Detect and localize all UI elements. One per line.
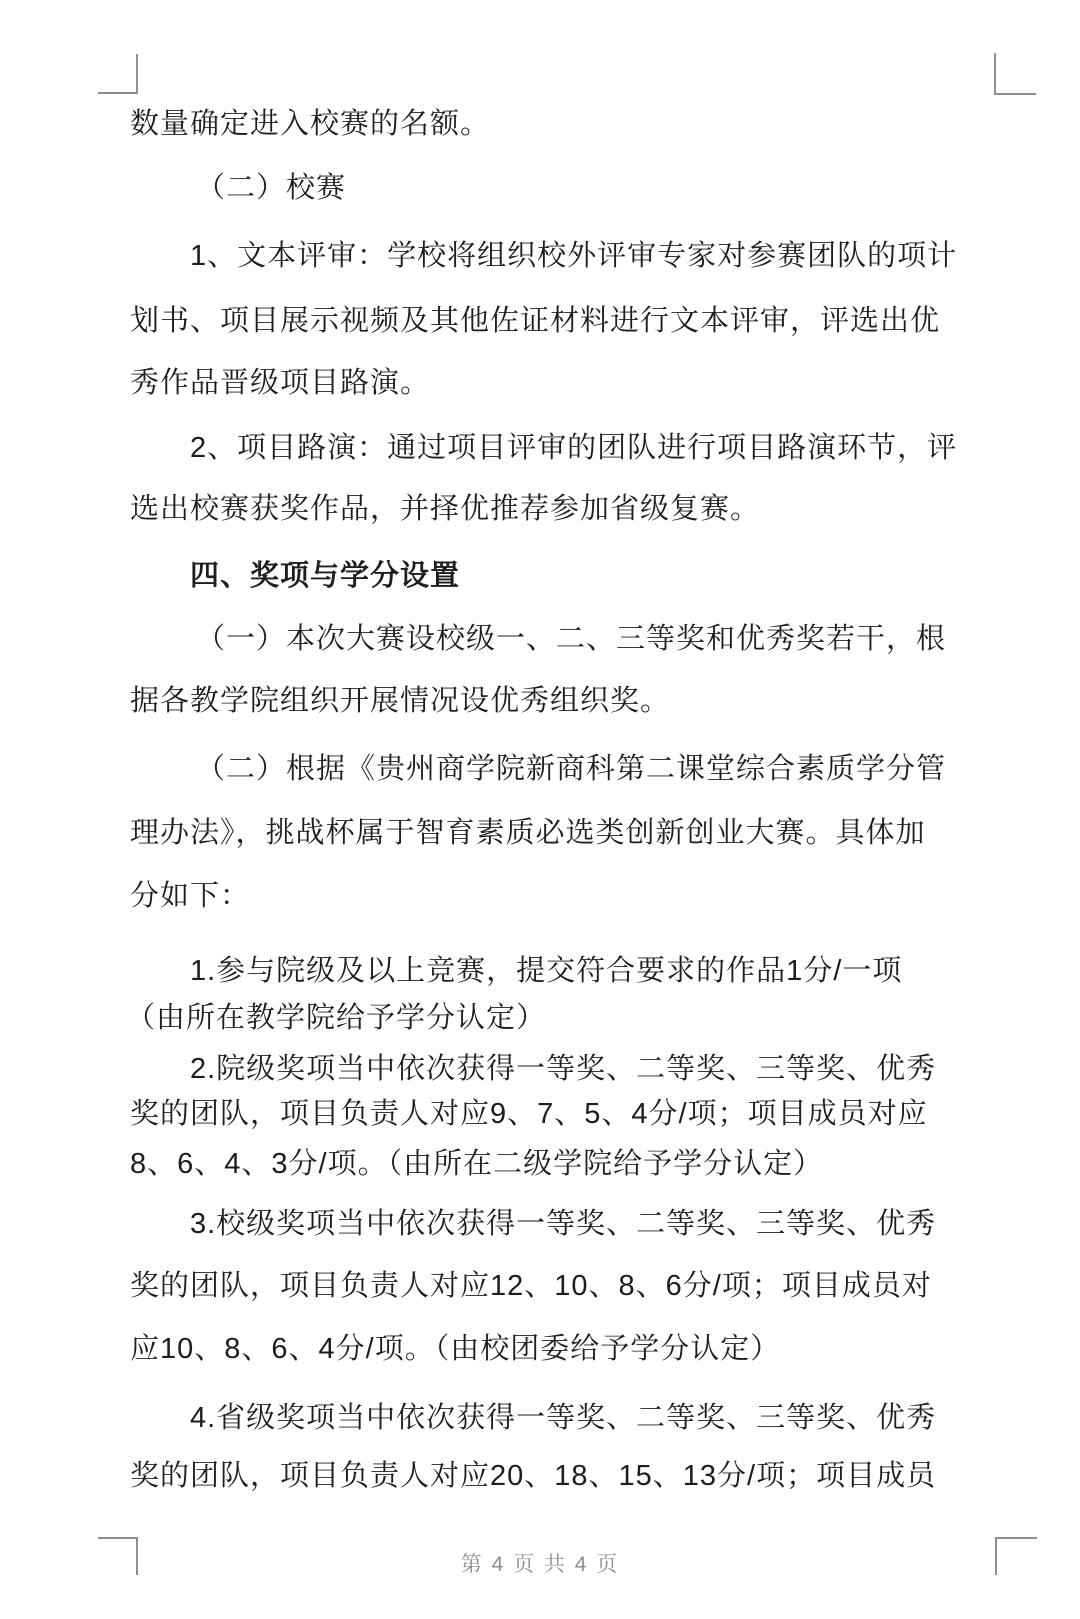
doc-line: 奖的团队，项目负责人对应20、18、15、13分/项；项目成员 (130, 1458, 936, 1494)
doc-line: 分如下： (130, 878, 250, 914)
doc-line: 理办法》，挑战杯属于智育素质必选类创新创业大赛。具体加 (130, 815, 926, 851)
doc-line: （一）本次大赛设校级一、二、三等奖和优秀奖若干，根 (196, 621, 946, 657)
doc-line: （二）根据《贵州商学院新商科第二课堂综合素质学分管 (196, 751, 946, 787)
doc-line: 据各教学院组织开展情况设优秀组织奖。 (130, 683, 670, 719)
text-boundary-mark-top-left (98, 54, 138, 94)
doc-line: 应10、8、6、4分/项。（由校团委给予学分认定） (130, 1331, 780, 1367)
doc-line: （由所在教学院给予学分认定） (126, 1000, 546, 1036)
doc-line: 2、项目路演：通过项目评审的团队进行项目路演环节，评 (190, 430, 957, 466)
doc-line: 奖的团队，项目负责人对应9、7、5、4分/项；项目成员对应 (130, 1096, 928, 1132)
doc-line: （二）校赛 (196, 170, 346, 206)
document-page: 数量确定进入校赛的名额。 （二）校赛 1、文本评审：学校将组织校外评审专家对参赛… (0, 0, 1080, 1619)
page-number-indicator: 第 4 页 共 4 页 (0, 1548, 1080, 1578)
section-heading-awards: 四、奖项与学分设置 (190, 558, 460, 594)
text-boundary-mark-top-right (994, 53, 1036, 95)
doc-line: 奖的团队，项目负责人对应12、10、8、6分/项；项目成员对 (130, 1268, 932, 1304)
doc-line: 4.省级奖项当中依次获得一等奖、二等奖、三等奖、优秀 (190, 1400, 936, 1436)
doc-line: 划书、项目展示视频及其他佐证材料进行文本评审，评选出优 (130, 303, 940, 339)
doc-line: 1.参与院级及以上竞赛，提交符合要求的作品1分/一项 (190, 953, 902, 989)
doc-line: 选出校赛获奖作品，并择优推荐参加省级复赛。 (130, 491, 760, 527)
doc-line: 1、文本评审：学校将组织校外评审专家对参赛团队的项计 (190, 238, 957, 274)
doc-line: 秀作品晋级项目路演。 (130, 365, 430, 401)
doc-line: 数量确定进入校赛的名额。 (130, 106, 490, 142)
doc-line: 8、6、4、3分/项。（由所在二级学院给予学分认定） (130, 1146, 823, 1182)
doc-line: 3.校级奖项当中依次获得一等奖、二等奖、三等奖、优秀 (190, 1206, 936, 1242)
doc-line: 2.院级奖项当中依次获得一等奖、二等奖、三等奖、优秀 (190, 1051, 936, 1087)
